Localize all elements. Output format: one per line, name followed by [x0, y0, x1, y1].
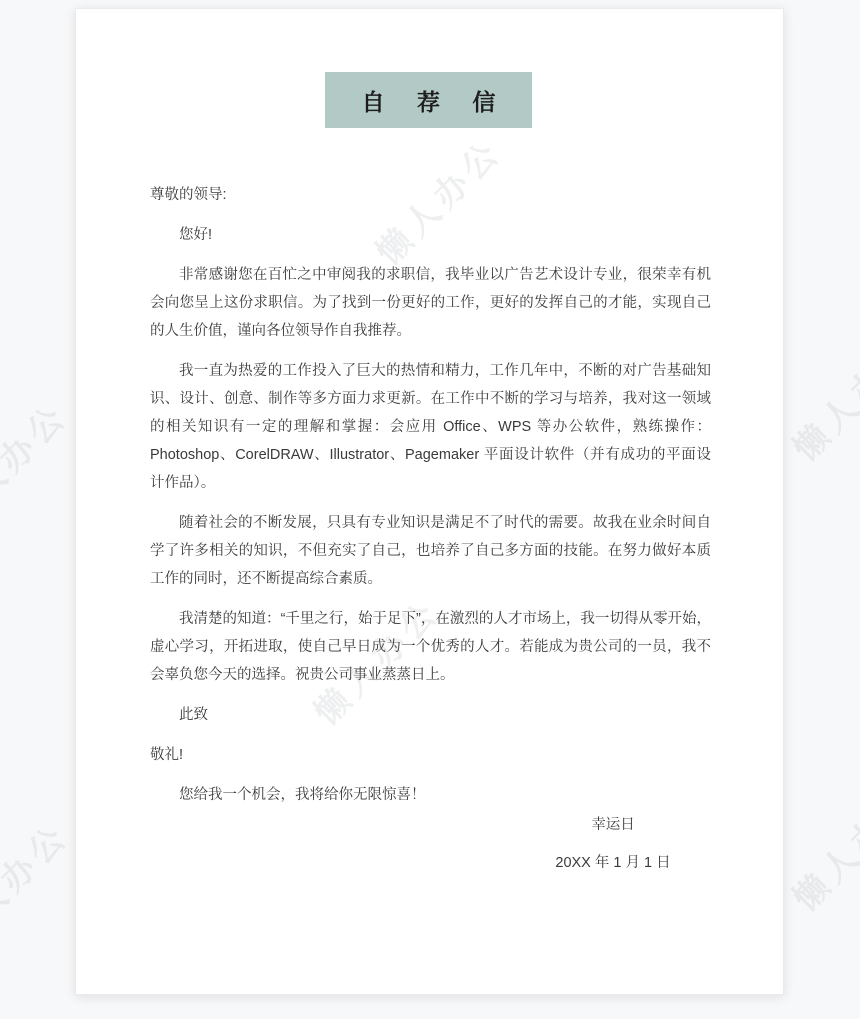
letter-title: 自 荐 信: [362, 84, 509, 117]
letter-page: 自 荐 信 尊敬的领导: 您好! 非常感谢您在百忙之中审阅我的求职信，我毕业以广…: [75, 8, 784, 995]
signature-name: 幸运日: [538, 811, 688, 839]
closing-cizhi: 此致: [150, 701, 711, 729]
title-box: 自 荐 信: [325, 72, 532, 128]
closing-jingli: 敬礼!: [150, 741, 711, 769]
salutation: 尊敬的领导:: [150, 181, 711, 209]
watermark: 懒人办公: [0, 810, 78, 958]
greeting: 您好!: [150, 221, 711, 249]
closing-offer: 您给我一个机会，我将给你无限惊喜！: [150, 781, 711, 809]
paragraph-1: 非常感谢您在百忙之中审阅我的求职信，我毕业以广告艺术设计专业，很荣幸有机会向您呈…: [150, 261, 711, 345]
signature-date: 20XX 年 1 月 1 日: [488, 849, 738, 877]
watermark: 懒人办公: [0, 390, 77, 538]
paragraph-3: 随着社会的不断发展，只具有专业知识是满足不了时代的需要。故我在业余时间自学了许多…: [150, 509, 711, 593]
paragraph-4: 我清楚的知道：“千里之行，始于足下”，在激烈的人才市场上，我一切得从零开始，虚心…: [150, 605, 711, 689]
letter-body: 尊敬的领导: 您好! 非常感谢您在百忙之中审阅我的求职信，我毕业以广告艺术设计专…: [150, 181, 711, 877]
watermark: 懒人办公: [780, 772, 860, 920]
watermark: 懒人办公: [780, 322, 860, 470]
paragraph-2: 我一直为热爱的工作投入了巨大的热情和精力，工作几年中，不断的对广告基础知识、设计…: [150, 357, 711, 497]
document-canvas: 自 荐 信 尊敬的领导: 您好! 非常感谢您在百忙之中审阅我的求职信，我毕业以广…: [0, 0, 860, 1019]
